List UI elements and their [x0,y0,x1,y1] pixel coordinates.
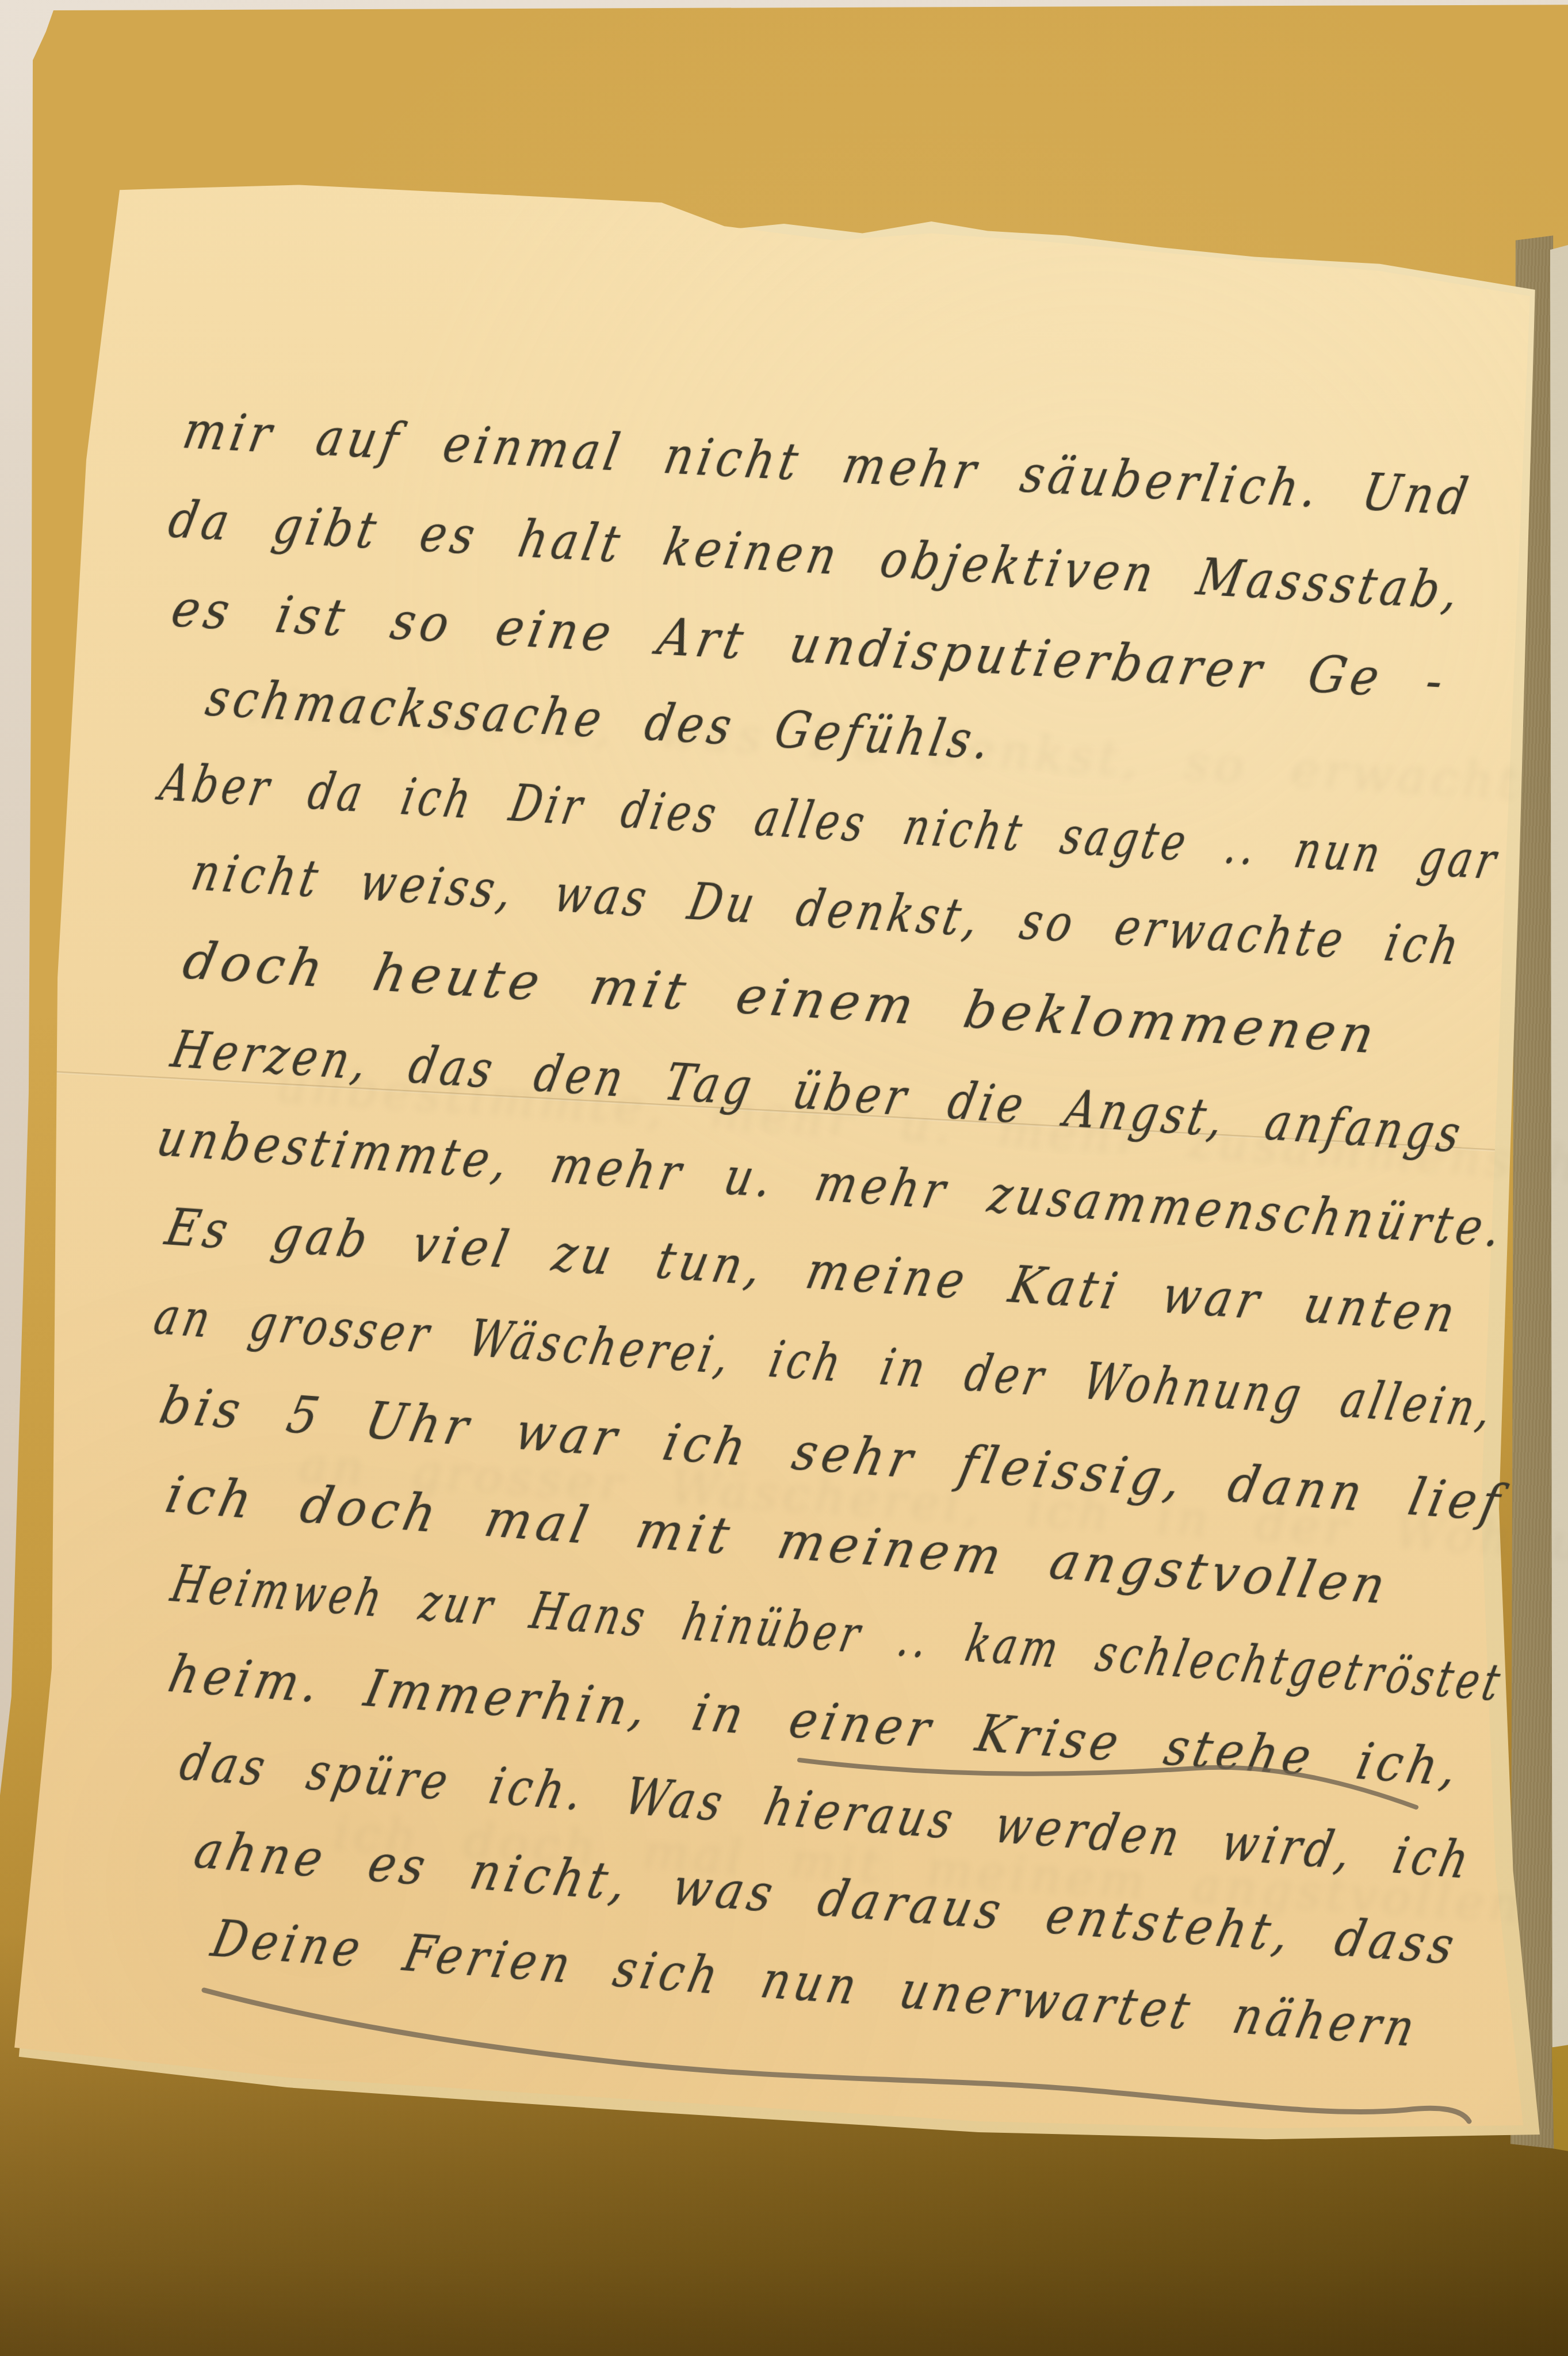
archive-photo: nicht weiss, was Du denkst, so erwachte … [0,0,1568,2356]
handwriting-lines: mir auf einmal nicht mehr säuberlich. Un… [0,0,1568,2356]
handwriting-line: schmackssache des Gefühls. [202,670,999,769]
